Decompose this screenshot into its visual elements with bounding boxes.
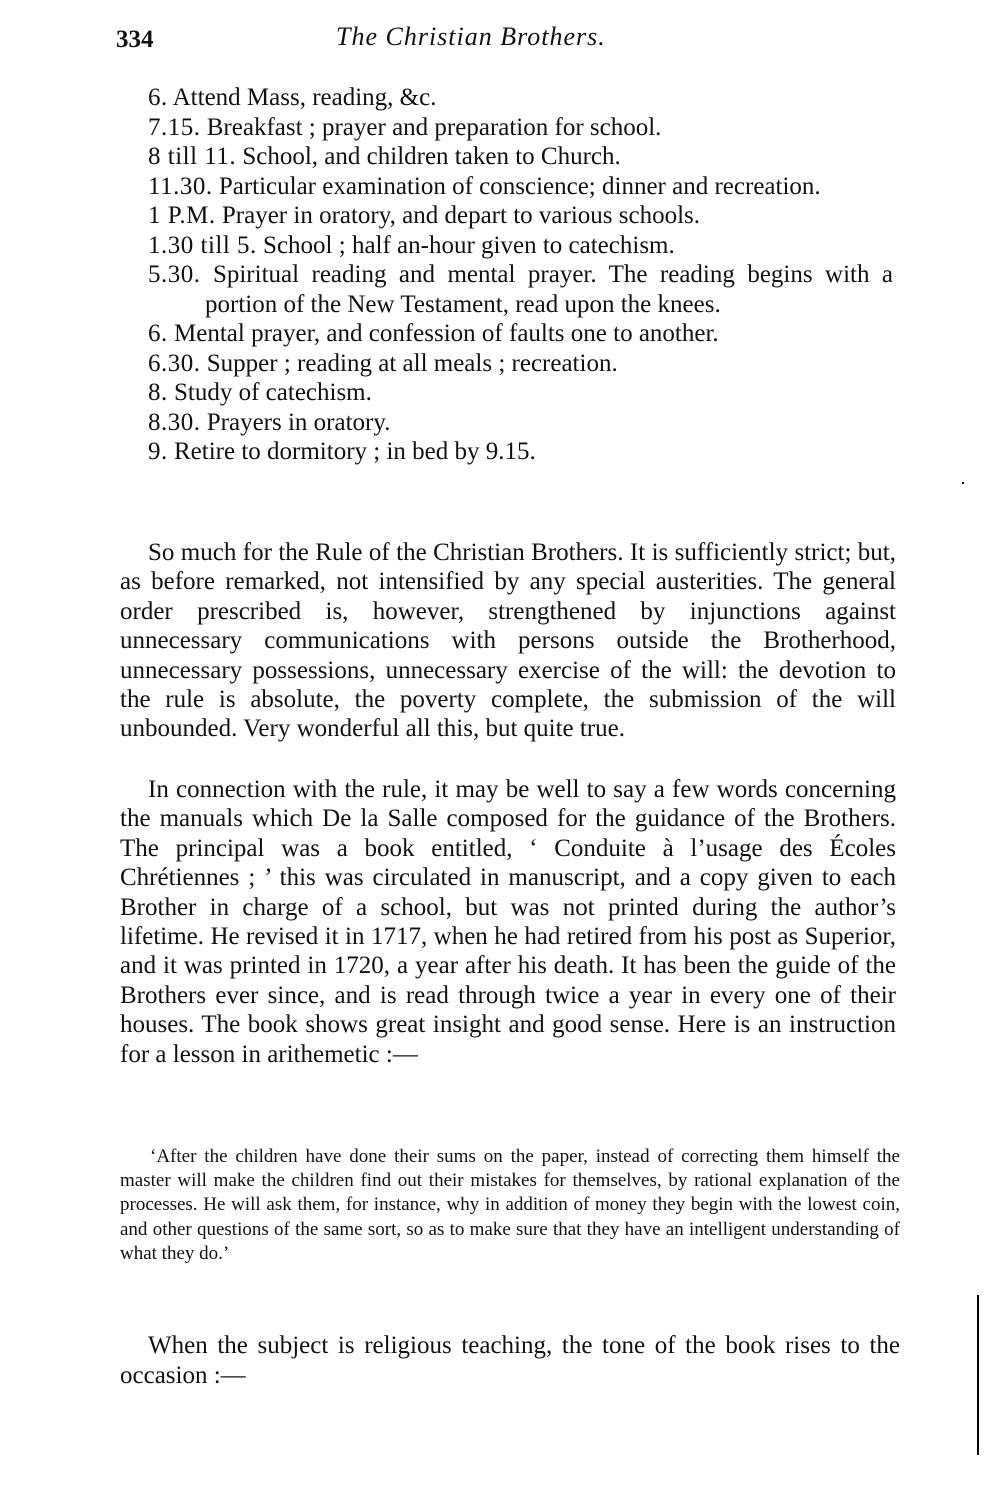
schedule-item: 1 P.M. Prayer in oratory, and depart to …: [148, 201, 893, 231]
schedule-time: 8 till 11.: [148, 143, 236, 170]
schedule-text: Attend Mass, reading, &c.: [173, 84, 437, 111]
schedule-text: School ; half an-hour given to catechism…: [263, 232, 675, 259]
schedule-text: Prayers in oratory.: [207, 409, 391, 436]
schedule-item: 6.30. Supper ; reading at all meals ; re…: [148, 349, 893, 379]
block-quote-arithmetic: ‘After the children have done their sums…: [120, 1145, 900, 1266]
schedule-item: 8. Study of catechism.: [148, 378, 893, 408]
page-number: 334: [116, 26, 154, 54]
schedule-time: 11.30.: [148, 173, 213, 200]
paragraph-manuals: In connection with the rule, it may be w…: [120, 775, 896, 1069]
schedule-item: 11.30. Particular examination of conscie…: [148, 172, 893, 202]
scan-artifact-dot: [962, 482, 964, 484]
schedule-time: 8.: [148, 379, 168, 406]
schedule-text: Mental prayer, and confession of faults …: [174, 320, 719, 347]
daily-schedule-list: 6. Attend Mass, reading, &c. 7.15. Break…: [148, 83, 893, 467]
schedule-time: 8.30.: [148, 409, 201, 436]
schedule-text: School, and children taken to Church.: [242, 143, 620, 170]
schedule-text: Supper ; reading at all meals ; recreati…: [207, 350, 618, 377]
schedule-text: Prayer in oratory, and depart to various…: [222, 202, 700, 229]
schedule-item: 6. Mental prayer, and confession of faul…: [148, 319, 893, 349]
schedule-time: 1.30 till 5.: [148, 232, 257, 259]
schedule-item: 8 till 11. School, and children taken to…: [148, 142, 893, 172]
schedule-time: 6.: [148, 320, 168, 347]
page-header: 334 The Christian Brothers.: [116, 22, 896, 58]
schedule-item: 8.30. Prayers in oratory.: [148, 408, 893, 438]
schedule-text: Breakfast ; prayer and preparation for s…: [207, 114, 662, 141]
schedule-time: 7.15.: [148, 114, 201, 141]
schedule-time: 6.30.: [148, 350, 201, 377]
schedule-item: 5.30. Spiritual reading and mental praye…: [148, 260, 893, 319]
paragraph-religious-teaching: When the subject is religious teaching, …: [120, 1331, 900, 1391]
running-title: The Christian Brothers.: [336, 22, 606, 52]
schedule-text: Particular examination of conscience; di…: [219, 173, 821, 200]
paragraph-rule-summary: So much for the Rule of the Christian Br…: [120, 538, 896, 744]
schedule-item: 6. Attend Mass, reading, &c.: [148, 83, 893, 113]
schedule-item: 7.15. Breakfast ; prayer and preparation…: [148, 113, 893, 143]
schedule-item: 9. Retire to dormitory ; in bed by 9.15.: [148, 437, 893, 467]
schedule-item: 1.30 till 5. School ; half an-hour given…: [148, 231, 893, 261]
schedule-time: 1 P.M.: [148, 202, 216, 229]
schedule-text: Study of catechism.: [174, 379, 372, 406]
schedule-text: Retire to dormitory ; in bed by 9.15.: [174, 438, 536, 465]
scan-artifact-margin-line: [977, 1295, 979, 1455]
schedule-text: Spiritual reading and mental prayer. The…: [205, 261, 893, 318]
schedule-time: 5.30.: [148, 261, 201, 288]
schedule-time: 6.: [148, 84, 168, 111]
schedule-time: 9.: [148, 438, 168, 465]
